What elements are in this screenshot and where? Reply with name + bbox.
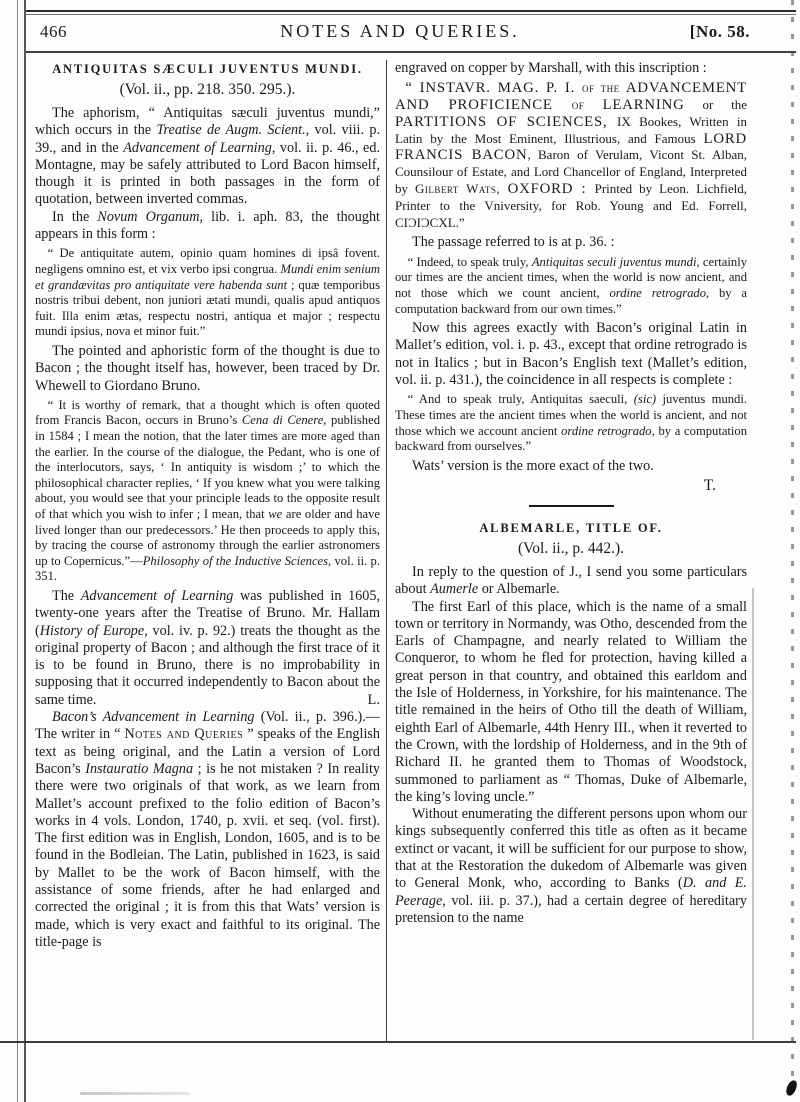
top-rule-upper xyxy=(26,10,796,12)
page-edge-marks xyxy=(791,0,794,1102)
text-segment: Bacon’s Advancement in Learning xyxy=(52,709,255,725)
article-title-antiquitas: ANTIQUITAS SÆCULI JUVENTUS MUNDI. xyxy=(35,62,380,77)
article-title-albemarle: ALBEMARLE, TITLE OF. xyxy=(395,521,747,536)
text-segment: “ And to speak truly, Antiquitas saeculi… xyxy=(408,392,634,406)
text-segment: Cena di Cenere xyxy=(242,413,323,427)
text-segment: The pointed and aphoristic form of the t… xyxy=(35,343,380,394)
column-right: engraved on copper by Marshall, with thi… xyxy=(395,60,747,1042)
text-segment: we xyxy=(268,507,282,521)
text-segment: In the xyxy=(52,209,97,225)
contributor-signature: L. xyxy=(350,692,380,709)
quote-block-whewell: “ It is worthy of remark, that a thought… xyxy=(35,398,380,585)
text-segment: The xyxy=(52,588,81,604)
text-segment: “ INSTAVR. MAG. P. I. xyxy=(405,80,582,96)
scanned-page: 466 NOTES AND QUERIES. [No. 58. ANTIQUIT… xyxy=(0,0,800,1102)
text-segment: (Vol. ii., p. 442.). xyxy=(518,540,624,557)
text-segment: Advancement of Learning xyxy=(81,588,234,604)
text-segment: of the xyxy=(582,80,626,95)
text-segment: ANTIQUITAS SÆCULI JUVENTUS MUNDI. xyxy=(52,62,363,76)
issue-number: [No. 58. xyxy=(690,22,750,42)
paragraph: Without enumerating the different person… xyxy=(395,806,747,927)
paragraph: The first Earl of this place, which is t… xyxy=(395,599,747,807)
paragraph: Wats’ version is the more exact of the t… xyxy=(395,458,747,475)
text-segment: Antiquitas seculi juventus mundi xyxy=(532,255,697,269)
text-segment: Novum Organum xyxy=(97,209,199,225)
top-rule-lower xyxy=(26,14,796,15)
paragraph: Now this agrees exactly with Bacon’s ori… xyxy=(395,320,747,389)
article-reference: (Vol. ii., pp. 218. 350. 295.). xyxy=(35,81,380,99)
text-segment: “ Indeed, to speak truly, xyxy=(408,255,532,269)
column-divider xyxy=(386,60,387,1042)
text-segment: Gilbert Wats, xyxy=(415,181,508,196)
text-segment: Notes and Queries xyxy=(124,726,243,742)
quote-block-mallet: “ And to speak truly, Antiquitas saeculi… xyxy=(395,392,747,454)
text-segment: ordine retrogrado xyxy=(609,286,706,300)
text-segment: (sic) xyxy=(634,392,656,406)
title-page-inscription: “ INSTAVR. MAG. P. I. of the ADVANCEMENT… xyxy=(395,80,747,231)
text-segment: Treatise de Augm. Scient. xyxy=(156,122,305,138)
quote-block-wats: “ Indeed, to speak truly, Antiquitas sec… xyxy=(395,255,747,317)
text-segment: OXFORD : xyxy=(508,181,595,197)
text-segment: , vol. iii. p. 37.), had a certain degre… xyxy=(395,893,747,926)
text-segment: (Vol. ii., pp. 218. 350. 295.). xyxy=(120,81,296,98)
text-segment: of xyxy=(572,97,603,112)
article-reference: (Vol. ii., p. 442.). xyxy=(395,540,747,558)
text-segment: The passage referred to is at p. 36. : xyxy=(412,234,615,250)
journal-title: NOTES AND QUERIES. xyxy=(35,21,765,42)
text-segment: engraved on copper by Marshall, with thi… xyxy=(395,60,707,76)
text-segment: Philosophy of the Inductive Sciences xyxy=(143,554,328,568)
header-rule xyxy=(26,51,796,53)
text-segment: Aumerle xyxy=(430,581,478,597)
text-segment: ; is he not mistaken ? In reality there … xyxy=(35,761,380,950)
text-segment: Now this agrees exactly with Bacon’s ori… xyxy=(395,320,747,388)
paragraph: In reply to the question of J., I send y… xyxy=(395,564,747,599)
text-segment: or Albemarle. xyxy=(478,581,560,597)
paragraph: Bacon’s Advancement in Learning (Vol. ii… xyxy=(35,709,380,951)
paragraph: The passage referred to is at p. 36. : xyxy=(395,234,747,251)
left-border-inner-line xyxy=(24,0,26,1102)
text-segment: Wats’ version is the more exact of the t… xyxy=(412,458,654,474)
text-segment: T. xyxy=(704,477,716,494)
text-segment: The first Earl of this place, which is t… xyxy=(395,599,747,805)
text-segment: LEARNING xyxy=(603,97,685,113)
paragraph-continuation: engraved on copper by Marshall, with thi… xyxy=(395,60,747,77)
text-segment: ALBEMARLE, TITLE OF. xyxy=(479,521,662,535)
contributor-signature: T. xyxy=(395,477,747,495)
text-segment: ordine retrogrado xyxy=(561,424,651,438)
ink-blot xyxy=(785,1079,799,1097)
text-segment: Instauratio Magna xyxy=(85,761,193,777)
bottom-smudge xyxy=(80,1092,190,1095)
section-divider xyxy=(529,505,614,507)
column-left: ANTIQUITAS SÆCULI JUVENTUS MUNDI.(Vol. i… xyxy=(35,60,380,1042)
text-segment: , published in 1584 ; I mean the notion,… xyxy=(35,413,380,521)
text-segment: or the xyxy=(685,97,747,112)
text-segment: PARTITIONS OF SCIENCES, xyxy=(395,114,617,130)
paragraph: The pointed and aphoristic form of the t… xyxy=(35,343,380,395)
bottom-rule xyxy=(0,1041,796,1043)
page-edge-shadow-line xyxy=(752,588,754,1040)
paragraph: The Advancement of Learning was publishe… xyxy=(35,588,380,709)
left-border-outer-line xyxy=(17,0,18,1102)
text-segment: Advancement of Learning xyxy=(123,140,272,156)
page-body: ANTIQUITAS SÆCULI JUVENTUS MUNDI.(Vol. i… xyxy=(35,60,747,1042)
page-header: 466 NOTES AND QUERIES. [No. 58. xyxy=(35,20,765,48)
quote-block-latin: “ De antiquitate autem, opinio quam homi… xyxy=(35,246,380,340)
text-segment: History of Europe xyxy=(40,623,144,639)
paragraph: In the Novum Organum, lib. i. aph. 83, t… xyxy=(35,209,380,244)
paragraph: The aphorism, “ Antiquitas sæculi juvent… xyxy=(35,105,380,209)
